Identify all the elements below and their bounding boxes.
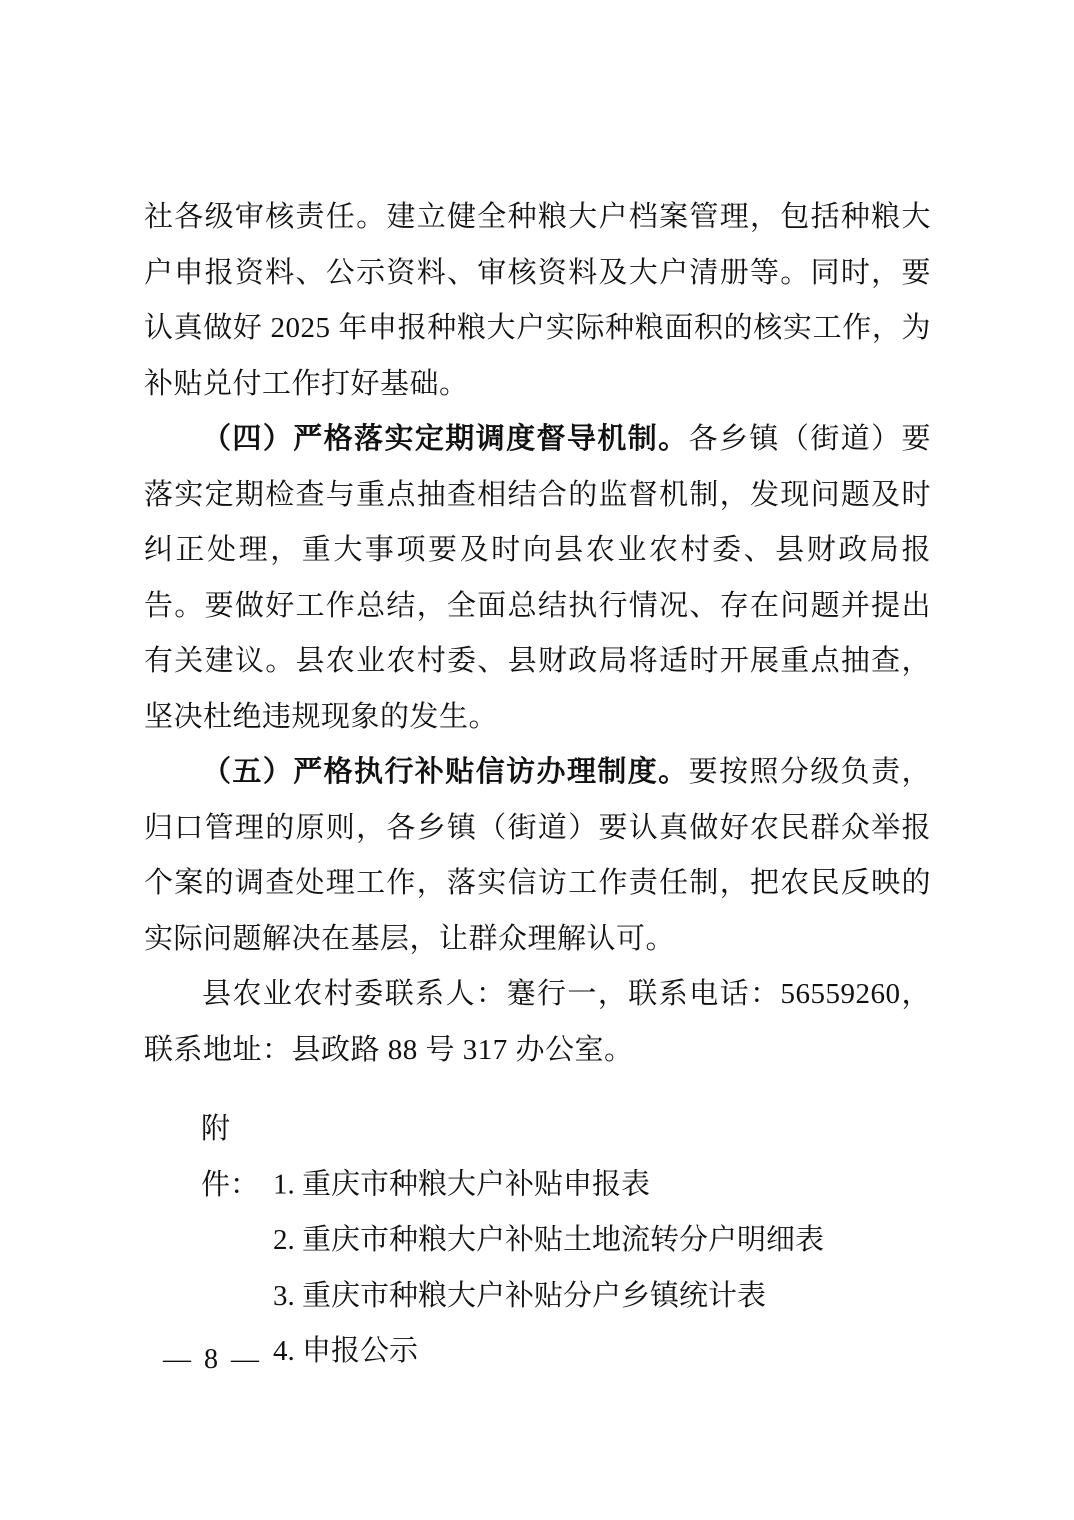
section-5-heading: （五）严格执行补贴信访办理制度。 — [202, 756, 689, 788]
attachment-item-1: 1. 重庆市种粮大户补贴申报表 — [273, 1169, 650, 1201]
paragraph-section-4: （四）严格落实定期调度督导机制。各乡镇（街道）要落实定期检查与重点抽查相结合的监… — [144, 412, 931, 745]
paragraph-continuation-text: 社各级审核责任。建立健全种粮大户档案管理，包括种粮大户申报资料、公示资料、审核资… — [144, 201, 931, 400]
attachment-list: 附件：1. 重庆市种粮大户补贴申报表 2. 重庆市种粮大户补贴土地流转分户明细表… — [144, 1102, 931, 1380]
paragraph-continuation: 社各级审核责任。建立健全种粮大户档案管理，包括种粮大户申报资料、公示资料、审核资… — [144, 190, 931, 412]
attachment-item-1-row: 附件：1. 重庆市种粮大户补贴申报表 — [144, 1102, 931, 1213]
paragraph-contact-info: 县农业农村委联系人：蹇行一，联系电话：56559260，联系地址：县政路 88 … — [144, 967, 931, 1078]
paragraph-section-5: （五）严格执行补贴信访办理制度。要按照分级负责，归口管理的原则，各乡镇（街道）要… — [144, 745, 931, 967]
document-body: 社各级审核责任。建立健全种粮大户档案管理，包括种粮大户申报资料、公示资料、审核资… — [144, 190, 931, 1078]
document-page: 社各级审核责任。建立健全种粮大户档案管理，包括种粮大户申报资料、公示资料、审核资… — [0, 0, 1074, 1520]
contact-info-text: 县农业农村委联系人：蹇行一，联系电话：56559260，联系地址：县政路 88 … — [144, 978, 931, 1066]
attachment-item-4: 4. 申报公示 — [144, 1324, 931, 1380]
attachment-item-3: 3. 重庆市种粮大户补贴分户乡镇统计表 — [144, 1269, 931, 1325]
section-4-heading: （四）严格落实定期调度督导机制。 — [202, 423, 689, 455]
section-4-body: 各乡镇（街道）要落实定期检查与重点抽查相结合的监督机制，发现问题及时纠正处理，重… — [144, 423, 931, 733]
attachment-label: 附件： — [201, 1102, 273, 1213]
attachment-item-2: 2. 重庆市种粮大户补贴土地流转分户明细表 — [144, 1213, 931, 1269]
page-number: — 8 — — [163, 1344, 262, 1376]
